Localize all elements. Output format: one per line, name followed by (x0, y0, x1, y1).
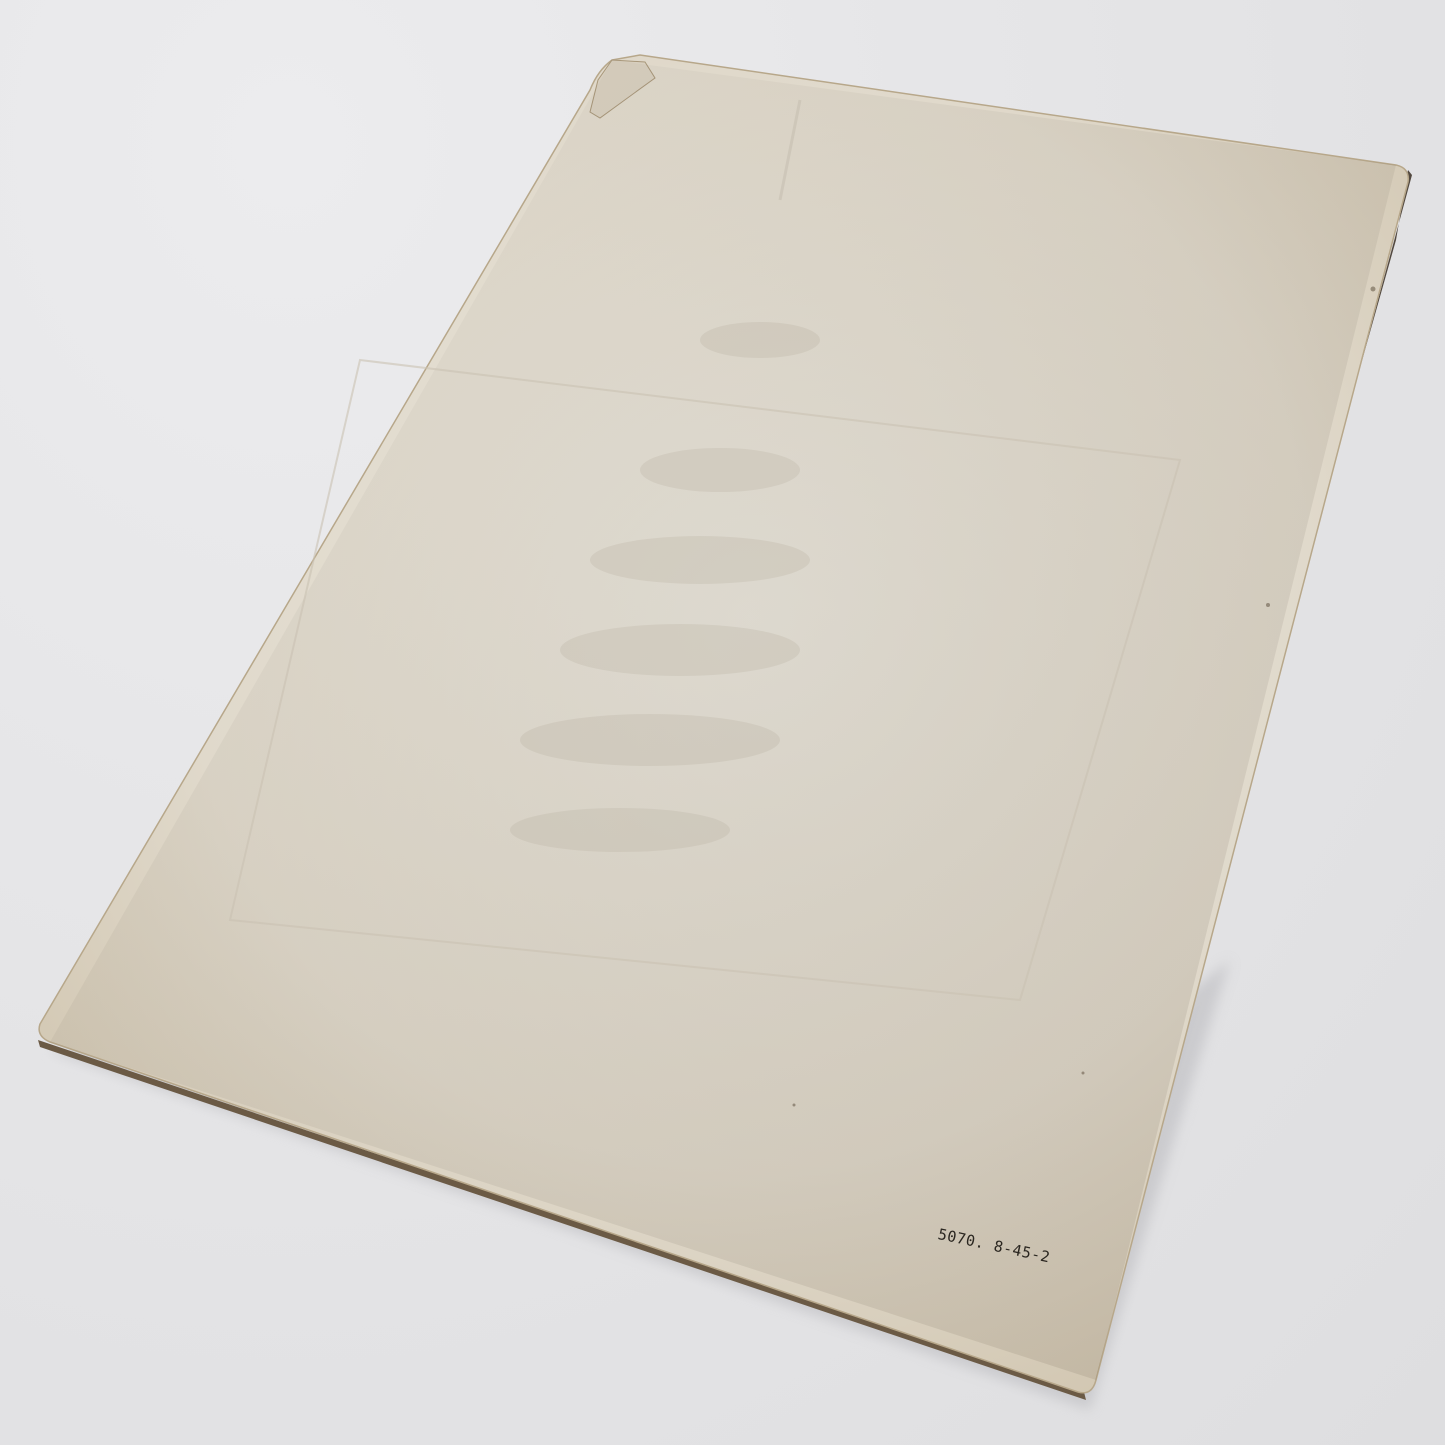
booklet-photo (0, 0, 1445, 1445)
